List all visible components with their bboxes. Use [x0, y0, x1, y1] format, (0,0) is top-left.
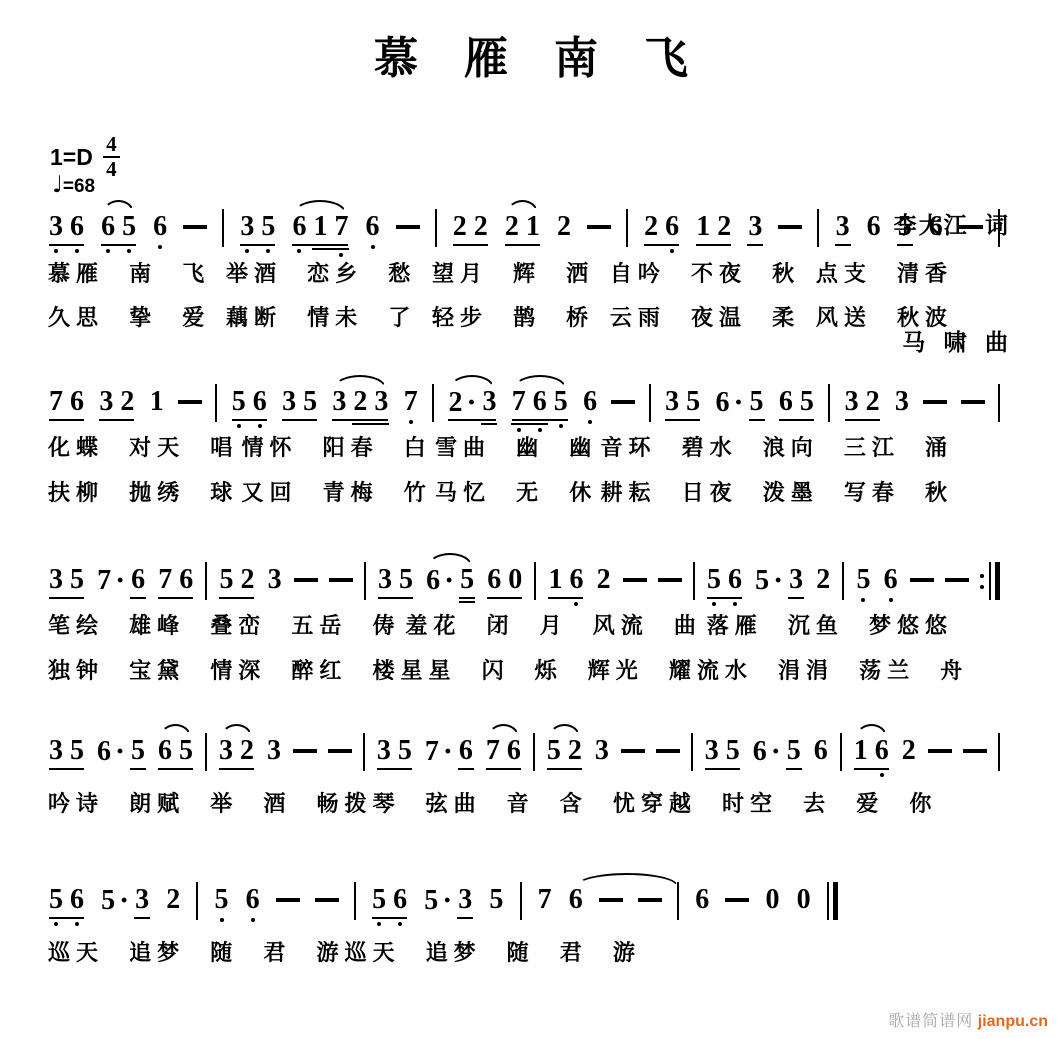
note-digit-row: 6· — [96, 737, 125, 767]
note: 3 — [377, 566, 393, 594]
note-digit: 2 — [865, 388, 881, 416]
beam-line — [505, 244, 540, 246]
note: 5 — [218, 566, 234, 594]
note-digit-row: 6 — [365, 213, 381, 241]
note-group: 6·5 — [425, 566, 475, 603]
underline — [130, 768, 146, 770]
note-group: 7·6 — [424, 737, 474, 770]
note: 7· — [424, 737, 453, 767]
note: 6· — [425, 566, 454, 596]
slur — [576, 873, 678, 886]
note: 2 — [865, 388, 881, 416]
note-digit: 3 — [457, 886, 473, 914]
underline — [457, 917, 473, 919]
note: 3 — [331, 388, 347, 416]
note: 6 — [727, 566, 743, 606]
note: 2 — [452, 213, 468, 241]
beam-line — [240, 244, 275, 246]
barline — [205, 733, 207, 771]
note: 3 — [844, 388, 860, 416]
beam-line — [448, 419, 496, 421]
time-signature: 4 4 — [103, 134, 120, 180]
note: 2 — [352, 388, 368, 416]
beam-line — [158, 597, 193, 599]
note-digit: 5 — [121, 213, 137, 241]
lyric-phrase: 独钟 宝黛 情深 醉红 楼 — [48, 654, 400, 685]
note-group: 6·5 — [96, 737, 146, 770]
dash — [923, 400, 947, 404]
note: 2 — [239, 566, 255, 594]
note: 6 — [486, 566, 502, 594]
note: 5 — [685, 388, 701, 416]
note-digit-row: 5 — [371, 886, 387, 914]
note-digit: 6 — [100, 213, 116, 241]
note: 1 — [525, 213, 541, 241]
note-digit: 3 — [664, 388, 680, 416]
note: 3 — [48, 213, 64, 253]
note-group: 65 — [157, 737, 194, 765]
lyric-row: 吟诗 朗赋 举 酒 畅拨琴 弦曲 音 含 忧穿越 时空 去 爱 你 — [48, 787, 933, 818]
note-digit: 6 — [157, 737, 173, 765]
lyric-phrase: 慕雁 南 飞 — [48, 257, 210, 288]
note-digit: 5 — [546, 737, 562, 765]
note-digit-row: 3 — [373, 388, 389, 416]
note: 6 — [69, 886, 85, 926]
dash — [656, 749, 680, 753]
note-digit: 5 — [685, 388, 701, 416]
note-digit: 5 — [799, 388, 815, 416]
augmentation-dot: · — [734, 388, 744, 418]
note-digit: 6 — [486, 566, 502, 594]
note-digit-row: 7 — [333, 213, 349, 241]
note-group: 36 — [48, 213, 85, 253]
note-digit: 7 — [48, 388, 64, 416]
note: 5 — [855, 566, 871, 602]
music-line-2: 76321563532372·37656356·565323 — [48, 388, 1000, 432]
note-digit: 6 — [425, 567, 441, 595]
note-digit: 2 — [447, 389, 463, 417]
slur — [160, 724, 191, 737]
note-group: 56 — [48, 886, 85, 926]
time-numerator: 4 — [106, 134, 117, 155]
note-group: 35 — [377, 566, 414, 594]
note: 6 — [506, 737, 522, 765]
dash — [315, 898, 339, 902]
note-digit-row: 6 — [813, 737, 829, 765]
note: 3 — [266, 737, 282, 765]
note-group: 2·3 — [447, 388, 497, 418]
note-digit: 7 — [511, 388, 527, 416]
beam-line — [232, 419, 267, 421]
beam-line — [779, 419, 814, 421]
note-digit: 5 — [459, 566, 475, 594]
note: 2· — [447, 388, 476, 418]
note: 2 — [567, 737, 583, 765]
note-digit: 1 — [853, 737, 869, 765]
lyric-phrase: 音环 碧水 浪向 三江 涌 — [601, 431, 953, 462]
note: 6 — [245, 886, 261, 922]
note-digit-row: 2 — [815, 566, 831, 594]
note-digit-row: 3 — [377, 566, 393, 594]
dash — [293, 749, 317, 753]
note-group: 6·5 — [752, 737, 802, 770]
note-digit-row: 5 — [121, 213, 137, 241]
note: 2 — [504, 213, 520, 241]
note-digit-row: 5 — [302, 388, 318, 416]
note-digit: 3 — [48, 566, 64, 594]
note-digit: 3 — [835, 213, 851, 241]
note: 7 — [333, 213, 349, 257]
note-digit-row: 5 — [855, 566, 871, 594]
note-group: 35 — [48, 737, 85, 765]
thick-bar — [833, 882, 838, 920]
note: 3 — [894, 388, 910, 416]
augmentation-dot: · — [115, 566, 125, 596]
thick-bar — [995, 562, 1000, 600]
note: 7 — [485, 737, 501, 765]
note-digit-row: 7 — [511, 388, 527, 416]
note-digit-row: 6 — [582, 388, 598, 416]
note-digit-row: 6 — [291, 213, 307, 241]
note-digit: 7 — [485, 737, 501, 765]
beam-line — [377, 768, 412, 770]
note: 6 — [813, 737, 829, 765]
beam-line — [854, 768, 889, 770]
key-signature: 1=D — [50, 144, 93, 171]
note-digit: 5 — [100, 887, 116, 915]
repeat-end-barline — [980, 562, 1000, 600]
dash — [621, 749, 645, 753]
note-digit: 3 — [894, 388, 910, 416]
note-group: 5·3 — [754, 566, 804, 599]
note-digit: 5 — [302, 388, 318, 416]
note-digit: 1 — [149, 388, 165, 416]
note-digit: 2 — [596, 566, 612, 594]
note-digit-row: 3 — [664, 388, 680, 416]
note-digit-row: 3 — [788, 566, 804, 594]
note: 6 — [928, 213, 944, 241]
note: 6 — [778, 388, 794, 416]
note-digit-row: 5 — [685, 388, 701, 416]
note-digit: 3 — [266, 737, 282, 765]
note-group: 21 — [504, 213, 541, 241]
underline — [749, 419, 765, 421]
lyric-phrase: 落雁 沉鱼 梦悠悠 — [707, 609, 953, 640]
note-digit: 3 — [281, 388, 297, 416]
barline — [364, 562, 366, 600]
slur — [428, 553, 472, 566]
note-digit-row: 6· — [752, 737, 781, 767]
dash — [959, 225, 983, 229]
beam-line-2 — [312, 248, 349, 250]
note-digit-row: 6 — [883, 566, 899, 594]
dash — [587, 225, 611, 229]
thin-bar — [827, 882, 829, 920]
note: 5· — [423, 886, 452, 916]
note-digit-row: 6 — [130, 566, 146, 594]
note-digit: 1 — [525, 213, 541, 241]
lyric-phrase: 羞花 闭 月 风流 曲 — [405, 609, 701, 640]
note-digit: 2 — [352, 388, 368, 416]
note-digit: 3 — [48, 737, 64, 765]
note: 7 — [157, 566, 173, 594]
note-digit-row: 3 — [267, 566, 283, 594]
note-digit-row: 3 — [844, 388, 860, 416]
barline — [520, 882, 522, 920]
note-digit-row: 5 — [725, 737, 741, 765]
note-group: 35 — [664, 388, 701, 416]
dash — [961, 400, 985, 404]
note: 3 — [267, 566, 283, 594]
note-digit: 2 — [643, 213, 659, 241]
note-digit: 6 — [69, 886, 85, 914]
note: 6 — [157, 737, 173, 765]
lyric-phrase: 藕断 情未 了 — [226, 301, 416, 332]
note-digit: 5 — [371, 886, 387, 914]
note: 1 — [312, 213, 328, 241]
note: 5 — [786, 737, 802, 770]
beam-line — [665, 419, 700, 421]
note-digit: 3 — [98, 388, 114, 416]
slur — [856, 724, 887, 737]
note-digit: 5 — [855, 566, 871, 594]
note: 7 — [48, 388, 64, 416]
augmentation-dot: · — [771, 737, 781, 767]
note: 7 — [537, 886, 553, 914]
note-digit-row: 3 — [218, 737, 234, 765]
note: 5 — [397, 737, 413, 765]
note-digit: 6 — [582, 388, 598, 416]
dash — [658, 578, 682, 582]
note: 6 — [568, 886, 584, 914]
note: 5 — [897, 213, 913, 246]
note-digit-row: 7 — [537, 886, 553, 914]
augmentation-dot: · — [466, 388, 476, 418]
note-digit: 1 — [312, 213, 328, 241]
note-digit-row: 6 — [532, 388, 548, 416]
note-digit: 2 — [239, 737, 255, 765]
beam-line — [845, 419, 880, 421]
note-digit-row: 1 — [312, 213, 328, 241]
slur — [294, 200, 346, 213]
slur — [450, 375, 494, 388]
note-digit-row: 7 — [403, 388, 419, 416]
lyric-phrase: 流水 涓涓 荡兰 舟 — [697, 654, 968, 685]
note-group: 56 — [371, 886, 408, 926]
note: 6 — [100, 213, 116, 253]
note-digit: 5 — [218, 566, 234, 594]
note: 6· — [715, 388, 744, 418]
note-digit-row: 6 — [694, 886, 710, 914]
note-digit-row: 2 — [239, 566, 255, 594]
dash — [963, 749, 987, 753]
note-digit-row: 6 — [252, 388, 268, 416]
dash — [611, 400, 635, 404]
note: 5 — [749, 388, 765, 421]
note-digit-row: 5 — [214, 886, 230, 914]
beam-line — [487, 597, 522, 599]
note-digit: 5 — [488, 886, 504, 914]
note: 2 — [165, 886, 181, 914]
note-digit: 2 — [556, 213, 572, 241]
slur — [514, 375, 566, 388]
note: 3 — [481, 388, 497, 416]
beam-line — [512, 419, 568, 421]
note-digit-row: 7 — [48, 388, 64, 416]
note-group: 35 — [376, 737, 413, 765]
note-digit-row: 6 — [568, 566, 584, 594]
note: 3 — [747, 213, 763, 246]
lyric-phrase: 星星 闪 烁 辉光 耀 — [400, 654, 696, 685]
note-group: 35 — [239, 213, 276, 253]
note-digit-row: 6 — [157, 737, 173, 765]
note-digit-row: 6· — [715, 388, 744, 418]
note-digit: 6 — [866, 213, 882, 241]
note-digit: 3 — [481, 388, 497, 416]
note: 2 — [596, 566, 612, 594]
lyric-row: 扶柳 抛绣 球又回 青梅 竹马忆 无 休耕耘 日夜 泼墨 写春 秋 — [48, 476, 953, 507]
note: 5 — [231, 388, 247, 428]
note-digit-row: 6 — [928, 213, 944, 241]
note-digit: 3 — [239, 213, 255, 241]
beam-line-2 — [481, 423, 497, 425]
music-line-5: 565·3256565·3576600 — [48, 886, 838, 926]
underline — [134, 917, 150, 919]
note: 5 — [799, 388, 815, 416]
note-group: 12 — [695, 213, 732, 241]
note-digit: 5 — [754, 567, 770, 595]
underline — [458, 768, 474, 770]
note-digit-row: 1 — [525, 213, 541, 241]
note: 5 — [553, 388, 569, 428]
note-digit: 2 — [165, 886, 181, 914]
note-digit-row: 6 — [486, 566, 502, 594]
beam-line — [49, 917, 84, 919]
note-digit-row: 2 — [473, 213, 489, 241]
note-digit: 6 — [727, 566, 743, 594]
note-digit: 6 — [813, 737, 829, 765]
lyric-row: 巡天 追梦 随 君 游巡天 追梦 随 君 游 — [48, 936, 623, 967]
note-group: 52 — [546, 737, 583, 765]
note-digit-row: 3 — [747, 213, 763, 241]
note-group: 5·3 — [100, 886, 150, 919]
note-digit: 6 — [778, 388, 794, 416]
note-digit: 6 — [532, 388, 548, 416]
note-digit-row: 5 — [706, 566, 722, 594]
note: 5 — [371, 886, 387, 926]
note-digit-row: 5 — [231, 388, 247, 416]
note-digit-row: 3 — [594, 737, 610, 765]
note-digit: 2 — [239, 566, 255, 594]
note-digit: 5 — [398, 566, 414, 594]
lyric-phrase: 化蝶 对天 唱 — [48, 431, 238, 462]
note-digit: 6 — [694, 886, 710, 914]
note-digit-row: 6 — [874, 737, 890, 765]
note-digit: 5 — [260, 213, 276, 241]
note-digit-row: 5 — [69, 737, 85, 765]
note: 6 — [866, 213, 882, 241]
note-group: 6·5 — [715, 388, 765, 421]
note-digit-row: 3 — [48, 213, 64, 241]
note: 6 — [178, 566, 194, 594]
note-digit: 5 — [48, 886, 64, 914]
note: 0 — [507, 566, 523, 594]
note-digit: 5 — [214, 886, 230, 914]
augmentation-dot: · — [119, 886, 129, 916]
note: 6· — [752, 737, 781, 767]
lyric-phrase: 轻步 鹊 桥 — [432, 301, 594, 332]
note-digit-row: 2 — [865, 388, 881, 416]
barline — [435, 209, 437, 247]
octave-dot — [266, 249, 270, 253]
octave-dot — [880, 773, 884, 777]
lyric-phrase: 扶柳 抛绣 球 — [48, 476, 238, 507]
barline — [998, 384, 1000, 422]
note-digit-row: 3 — [48, 566, 64, 594]
note: 5· — [754, 566, 783, 596]
note-digit-row: 3 — [457, 886, 473, 914]
note: 5 — [546, 737, 562, 765]
note-group: 16 — [547, 566, 584, 606]
barline — [691, 733, 693, 771]
underline — [459, 601, 475, 603]
note-digit-row: 2 — [239, 737, 255, 765]
time-denominator: 4 — [106, 159, 117, 180]
note: 3 — [48, 566, 64, 594]
music-line-3: 357·676523356·560162565·3256 — [48, 566, 1000, 606]
note-digit-row: 6 — [69, 388, 85, 416]
note-digit-row: 6 — [69, 886, 85, 914]
note: 1 — [695, 213, 711, 241]
note-digit: 6 — [874, 737, 890, 765]
underline — [788, 597, 804, 599]
note-group: 76 — [485, 737, 522, 765]
dash — [945, 578, 969, 582]
note-digit: 3 — [331, 388, 347, 416]
barline — [840, 733, 842, 771]
dash — [623, 578, 647, 582]
note: 6 — [152, 213, 168, 249]
repeat-dot — [980, 585, 984, 589]
note: 3 — [134, 886, 150, 919]
note-digit-row: 3 — [704, 737, 720, 765]
note-digit-row: 5 — [130, 737, 146, 765]
augmentation-dot: · — [773, 566, 783, 596]
note-digit-row: 2 — [119, 388, 135, 416]
underline — [786, 768, 802, 770]
barline — [998, 733, 1000, 771]
barline — [196, 882, 198, 920]
beam-line-2 — [352, 423, 389, 425]
underline — [130, 597, 146, 599]
augmentation-dot: · — [115, 737, 125, 767]
note-group: 35 — [704, 737, 741, 765]
beam-line — [453, 244, 488, 246]
note-group: 22 — [452, 213, 489, 241]
note-group: 323 — [331, 388, 389, 416]
note-digit-row: 6 — [568, 886, 584, 914]
note: 5 — [706, 566, 722, 606]
note-digit: 7 — [424, 738, 440, 766]
dash — [276, 898, 300, 902]
note-digit: 3 — [48, 213, 64, 241]
note-digit-row: 1 — [853, 737, 869, 765]
lyric-phrase: 久思 挚 爱 — [48, 301, 210, 332]
barline — [205, 562, 207, 600]
beam-line — [705, 768, 740, 770]
octave-dot — [258, 424, 262, 428]
note-digit: 5 — [725, 737, 741, 765]
